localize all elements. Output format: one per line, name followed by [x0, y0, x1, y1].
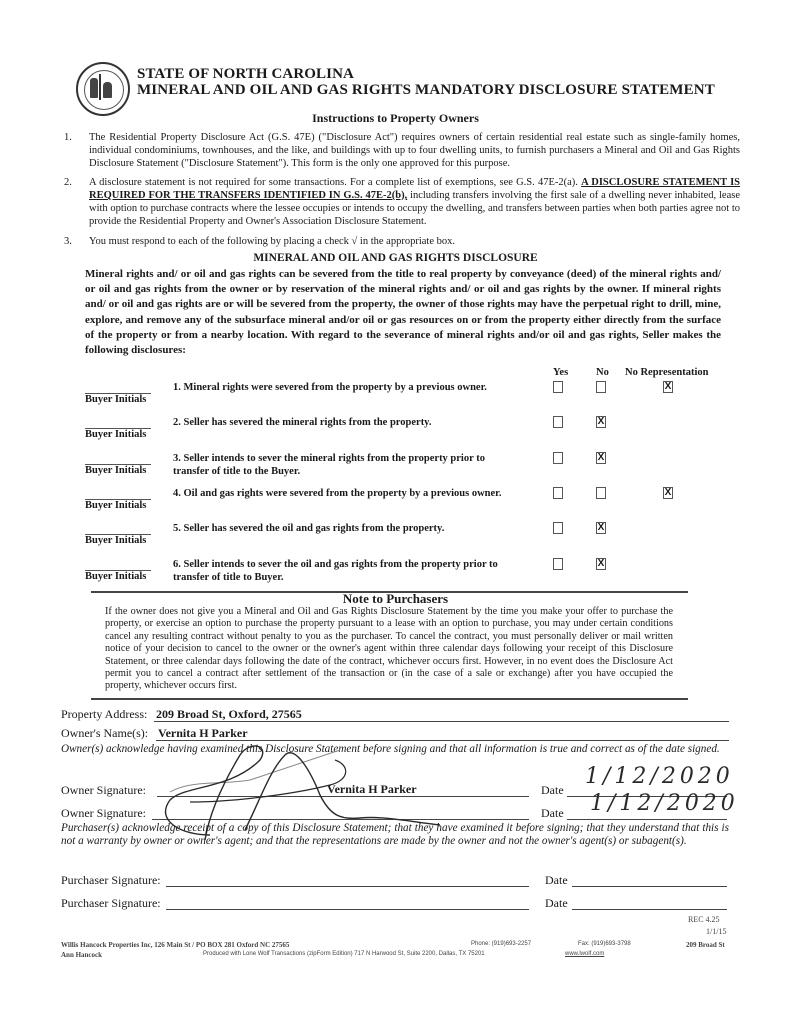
purchaser-acknowledgement: Purchaser(s) acknowledge receipt of a co… [61, 822, 729, 848]
purchaser-date-label: Date [545, 873, 568, 888]
question-text: 1. Mineral rights were severed from the … [173, 381, 518, 394]
owner-name-label: Owner's Name(s): [61, 726, 148, 741]
purchaser-signature-label: Purchaser Signature: [61, 896, 161, 911]
owner-date-label: Date [541, 806, 564, 821]
owner-date-label: Date [541, 783, 564, 798]
yes-checkbox[interactable] [553, 522, 563, 534]
purchaser-signature-line[interactable] [166, 909, 529, 910]
owner-handwritten-date: 1/12/2020 [585, 764, 734, 789]
disclosure-intro: Mineral rights and/ or oil and gas right… [85, 267, 721, 358]
instruction-number: 3. [64, 236, 72, 247]
column-no: No [596, 367, 609, 378]
footer-brokerage: Willis Hancock Properties Inc, 126 Main … [61, 941, 289, 949]
instructions-heading: Instructions to Property Owners [0, 111, 791, 126]
column-no-representation: No Representation [625, 367, 709, 378]
purchaser-signature-label: Purchaser Signature: [61, 873, 161, 888]
no-representation-checkbox[interactable]: X [663, 381, 673, 393]
form-title: MINERAL AND OIL AND GAS RIGHTS MANDATORY… [137, 82, 715, 99]
buyer-initials-label: Buyer Initials [85, 571, 146, 582]
owner-signature-label: Owner Signature: [61, 783, 146, 798]
no-checkbox[interactable]: X [596, 522, 606, 534]
yes-checkbox[interactable] [553, 416, 563, 428]
no-checkbox[interactable] [596, 381, 606, 393]
note-title: Note to Purchasers [0, 591, 791, 607]
yes-checkbox[interactable] [553, 381, 563, 393]
question-text: 5. Seller has severed the oil and gas ri… [173, 522, 518, 535]
yes-checkbox[interactable] [553, 558, 563, 570]
disclosure-heading: MINERAL AND OIL AND GAS RIGHTS DISCLOSUR… [0, 252, 791, 264]
no-representation-checkbox[interactable]: X [663, 487, 673, 499]
footer-phone: Phone: (919)693-2257 [471, 941, 531, 947]
buyer-initials-label: Buyer Initials [85, 429, 146, 440]
owner-handwritten-date: 1/12/2020 [590, 791, 739, 816]
buyer-initials-label: Buyer Initials [85, 535, 146, 546]
no-checkbox[interactable]: X [596, 416, 606, 428]
footer-property-ref: 209 Broad St [686, 941, 725, 949]
purchaser-signature-line[interactable] [166, 886, 529, 887]
form-state-title: STATE OF NORTH CAROLINA [137, 66, 354, 83]
purchaser-date-line[interactable] [572, 886, 727, 887]
buyer-initials-label: Buyer Initials [85, 465, 146, 476]
no-checkbox[interactable]: X [596, 452, 606, 464]
form-revision-date: 1/1/15 [706, 927, 726, 936]
purchaser-date-line[interactable] [572, 909, 727, 910]
footer-fax: Fax: (919)693-3798 [578, 941, 631, 947]
footer-produced-by: Produced with Lone Wolf Transactions (zi… [203, 951, 485, 957]
property-address-line [154, 721, 729, 722]
nc-seal-icon [76, 62, 130, 116]
property-address-label: Property Address: [61, 707, 147, 722]
buyer-initials-label: Buyer Initials [85, 394, 146, 405]
purchaser-date-label: Date [545, 896, 568, 911]
instruction-3: You must respond to each of the followin… [89, 235, 740, 248]
owner-signature-label: Owner Signature: [61, 806, 146, 821]
instruction-2: A disclosure statement is not required f… [89, 176, 740, 228]
instruction-number: 1. [64, 132, 72, 143]
note-text: If the owner does not give you a Mineral… [105, 606, 673, 693]
no-checkbox[interactable]: X [596, 558, 606, 570]
form-code: REC 4.25 [688, 915, 720, 924]
property-address-value[interactable]: 209 Broad St, Oxford, 27565 [156, 707, 302, 722]
yes-checkbox[interactable] [553, 487, 563, 499]
footer-website-link[interactable]: www.lwolf.com [565, 951, 604, 957]
buyer-initials-label: Buyer Initials [85, 500, 146, 511]
question-text: 6. Seller intends to sever the oil and g… [173, 558, 518, 584]
no-checkbox[interactable] [596, 487, 606, 499]
instruction-1: The Residential Property Disclosure Act … [89, 131, 740, 170]
column-yes: Yes [553, 367, 568, 378]
instruction-number: 2. [64, 177, 72, 188]
footer-agent: Ann Hancock [61, 951, 102, 959]
owner-name-value[interactable]: Vernita H Parker [158, 726, 248, 741]
question-text: 4. Oil and gas rights were severed from … [173, 487, 518, 500]
yes-checkbox[interactable] [553, 452, 563, 464]
question-text: 3. Seller intends to sever the mineral r… [173, 452, 518, 478]
question-text: 2. Seller has severed the mineral rights… [173, 416, 518, 429]
owner-date-line[interactable] [567, 819, 727, 820]
